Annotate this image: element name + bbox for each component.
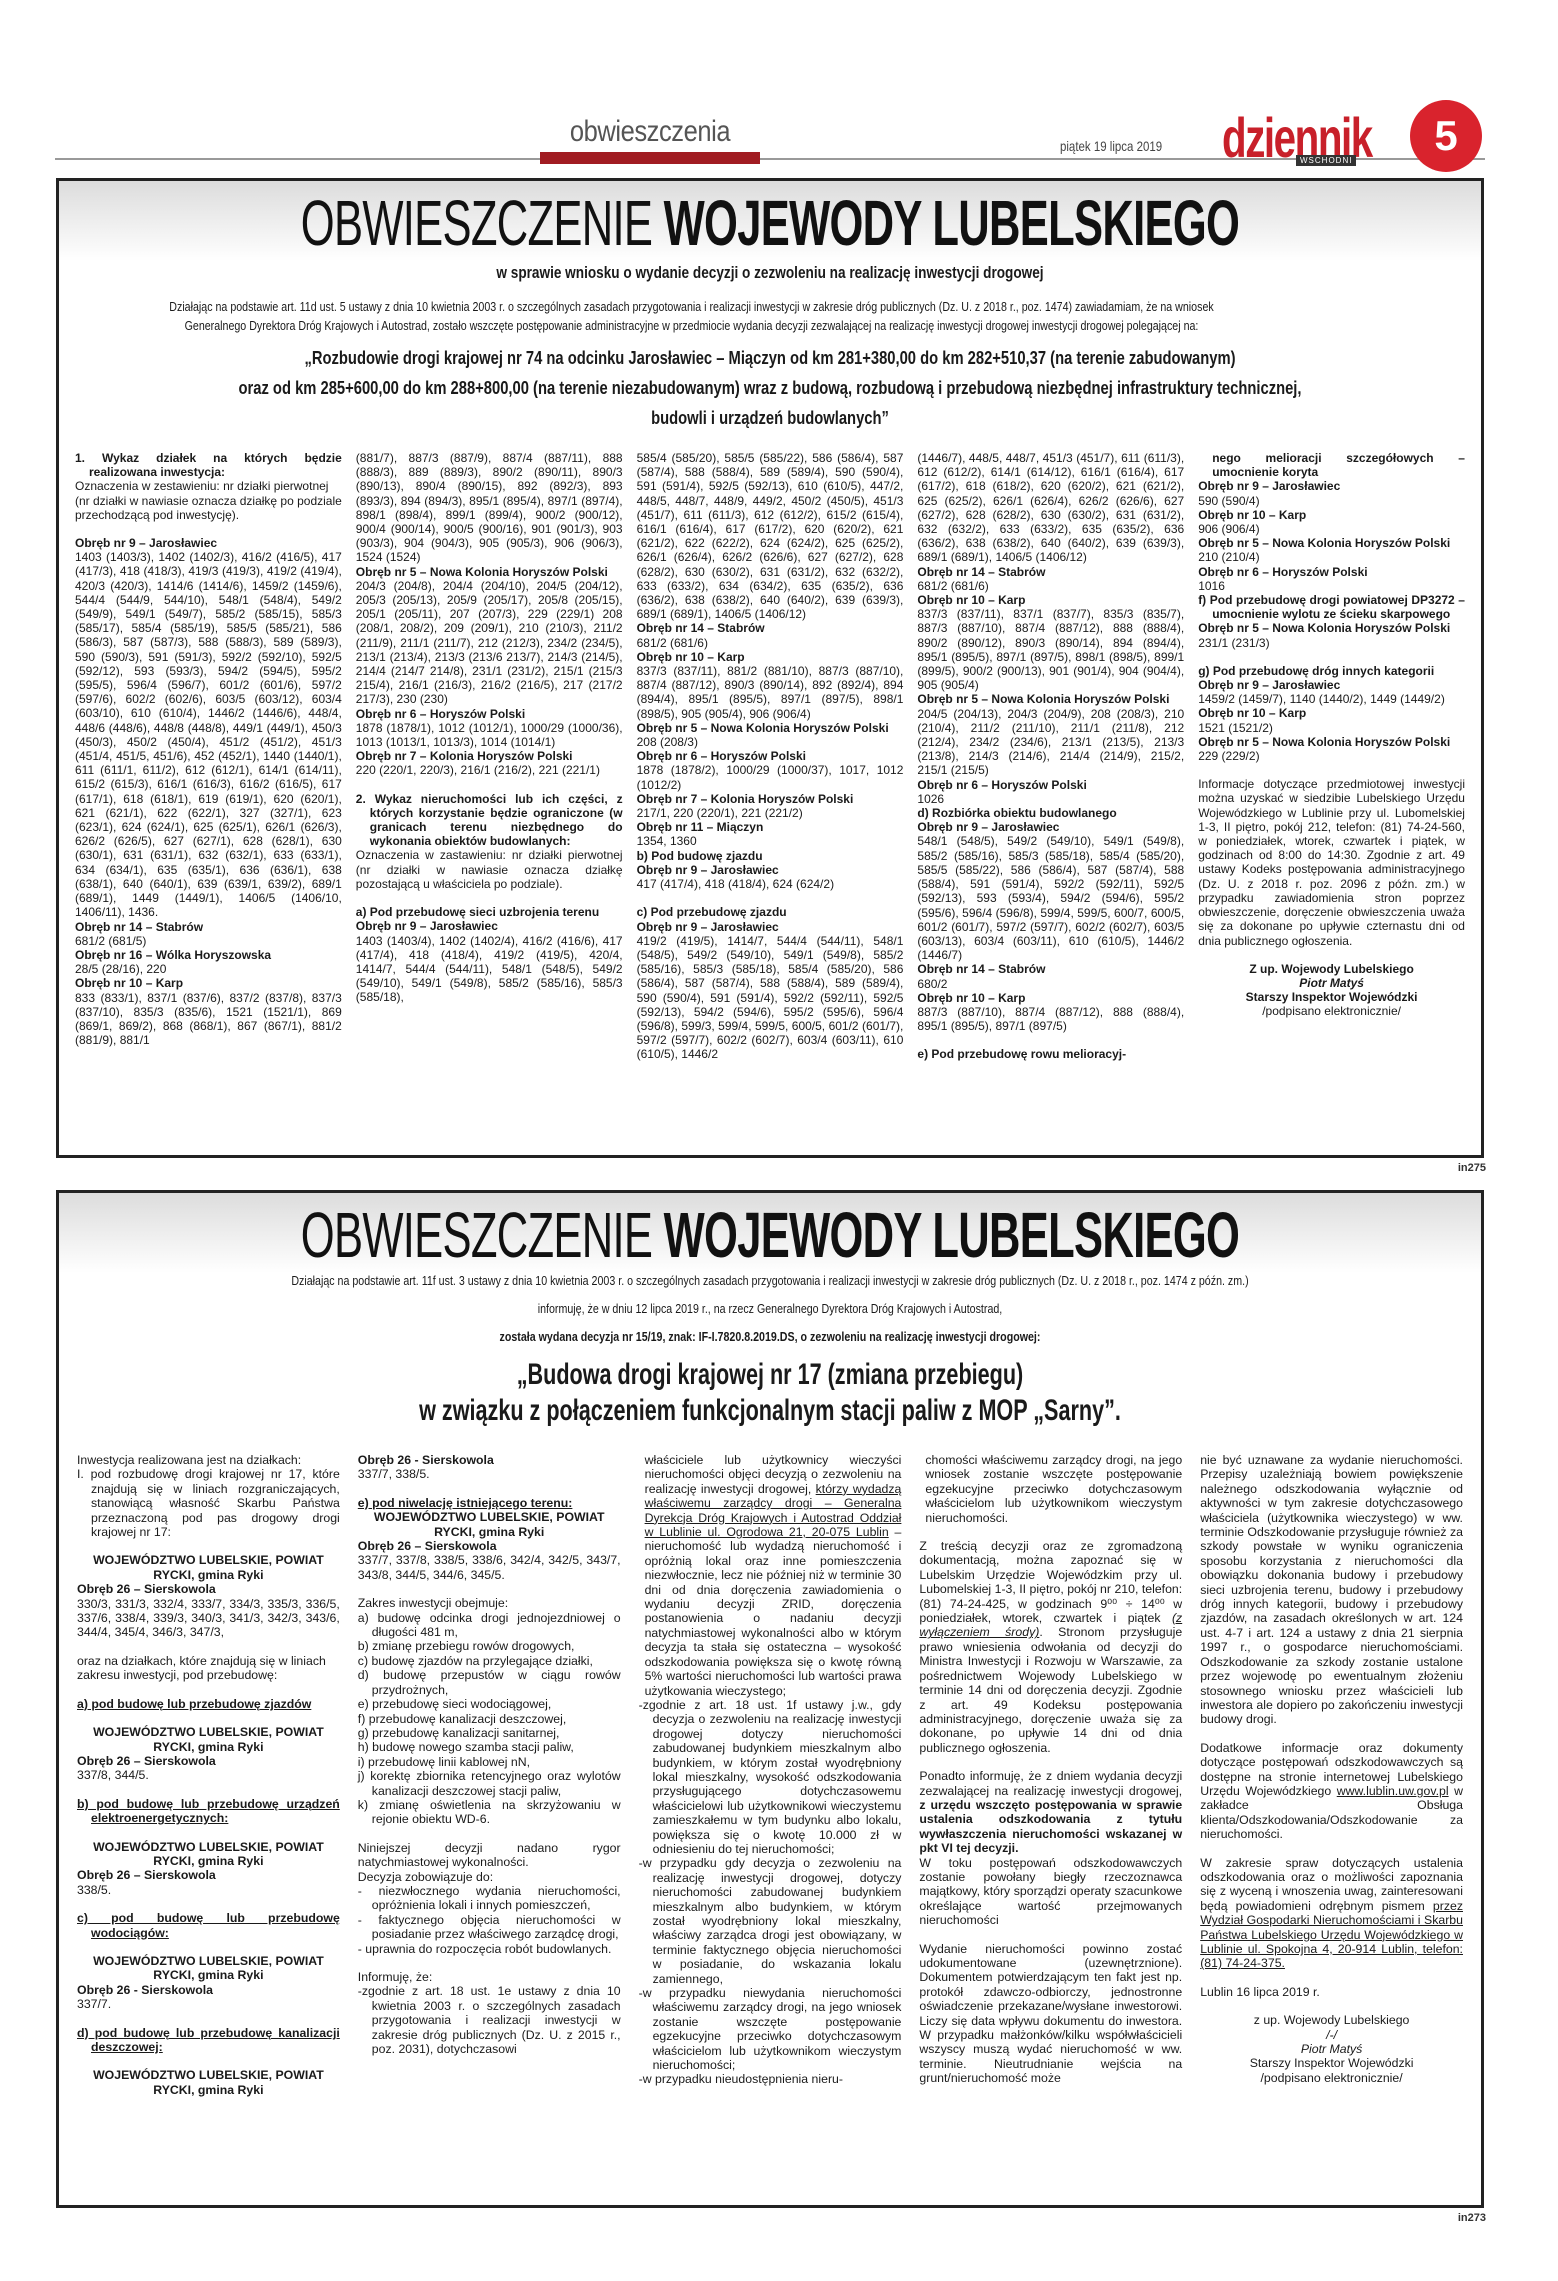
parcel-list: 837/3 (837/11), 881/2 (881/10), 887/3 (8…	[637, 664, 904, 721]
list-item: I. pod rozbudowę drogi krajowej nr 17, k…	[77, 1467, 340, 1539]
paragraph: Z treścią decyzji oraz ze zgromadzoną do…	[919, 1539, 1182, 1755]
subsection-heading: b) Pod budowę zjazdu	[637, 849, 904, 863]
scope-item: j) korektę zbiornika retencyjnego oraz w…	[358, 1769, 621, 1798]
precinct-heading: Obręb 26 – Sierskowola	[358, 1539, 621, 1553]
section-name: obwieszczenia	[557, 115, 744, 149]
scope-item: g) przebudowę kanalizacji sanitarnej,	[358, 1726, 621, 1740]
notice-2-column-1: Inwestycja realizowana jest na działkach…	[77, 1453, 340, 2097]
parcel-list: 1878 (1878/2), 1000/29 (1000/37), 1017, …	[637, 763, 904, 791]
parcel-list: 887/3 (887/10), 887/4 (887/12), 888 (888…	[917, 1005, 1184, 1033]
paragraph: W zakresie spraw dotyczących ustalenia o…	[1200, 1856, 1463, 1971]
notice-1-column-5: nego melioracji szczegółowych – umocnien…	[1198, 451, 1465, 1062]
precinct-heading: Obręb nr 7 – Kolonia Horyszów Polski	[356, 749, 623, 763]
parcel-list: 338/5.	[77, 1883, 340, 1897]
precinct-heading: Obręb nr 9 – Jarosławiec	[637, 863, 904, 877]
precinct-heading: Obręb nr 6 – Horyszów Polski	[637, 749, 904, 763]
notice-2-lead: Działając na podstawie art. 11f ust. 3 u…	[187, 1267, 1353, 1295]
parcel-list: (1446/7), 448/5, 448/7, 451/3 (451/7), 6…	[917, 451, 1184, 565]
intro-text: Inwestycja realizowana jest na działkach…	[77, 1453, 340, 1467]
notice-1-title: OBWIESZCZENIE WOJEWODY LUBELSKIEGO	[301, 191, 1239, 255]
precinct-heading: Obręb nr 9 – Jarosławiec	[917, 820, 1184, 834]
parcel-list: 585/4 (585/20), 585/5 (585/22), 586 (586…	[637, 451, 904, 621]
precinct-heading: Obręb nr 9 – Jarosławiec	[356, 919, 623, 933]
parcel-list: 337/8, 344/5.	[77, 1768, 340, 1782]
paragraph: -w przypadku gdy decyzja o zezwoleniu na…	[639, 1856, 902, 1986]
notice-1-header: OBWIESZCZENIE WOJEWODY LUBELSKIEGO w spr…	[59, 181, 1481, 433]
region-heading: WOJEWÓDZTWO LUBELSKIE, POWIAT RYCKI, gmi…	[77, 2068, 340, 2097]
signatory-name: Piotr Matyś	[1198, 976, 1465, 990]
parcel-list: 1878 (1878/1), 1012 (1012/1), 1000/29 (1…	[356, 721, 623, 749]
signature-line: z up. Wojewody Lubelskiego	[1200, 2013, 1463, 2027]
region-heading: WOJEWÓDZTWO LUBELSKIE, POWIAT RYCKI, gmi…	[77, 1725, 340, 1754]
parcel-list: 229 (229/2)	[1198, 749, 1465, 763]
subsection-heading: e) Pod przebudowę rowu melioracyj-	[917, 1047, 1184, 1061]
scope-item: f) przebudowę kanalizacji deszczowej,	[358, 1712, 621, 1726]
parcel-list: 1403 (1403/4), 1402 (1402/4), 416/2 (416…	[356, 934, 623, 1005]
obligation-item: - uprawnia do rozpoczęcia robót budowlan…	[358, 1942, 621, 1956]
precinct-heading: Obręb 26 - Sierskowola	[358, 1453, 621, 1467]
parcel-list: 548/1 (548/5), 549/2 (549/10), 549/1 (54…	[917, 834, 1184, 962]
parcel-list: 204/3 (204/8), 204/4 (204/10), 204/5 (20…	[356, 579, 623, 707]
paragraph: Niniejszej decyzji nadano rygor natychmi…	[358, 1841, 621, 1870]
parcel-list: 208 (208/3)	[637, 735, 904, 749]
notice-2-title: OBWIESZCZENIE WOJEWODY LUBELSKIEGO	[301, 1203, 1239, 1267]
parcel-list: 204/5 (204/13), 204/3 (204/9), 208 (208/…	[917, 707, 1184, 778]
subsection-heading: f) Pod przebudowę drogi powiatowej DP327…	[1198, 593, 1465, 621]
notice-2-columns: Inwestycja realizowana jest na działkach…	[59, 1429, 1481, 2107]
precinct-heading: Obręb nr 5 – Nowa Kolonia Horyszów Polsk…	[637, 721, 904, 735]
paragraph: -w przypadku nieudostępnienia nieru-	[639, 2072, 902, 2086]
signature-note: /podpisano elektronicznie/	[1200, 2071, 1463, 2085]
scope-item: a) budowę odcinka drogi jednojezdniowej …	[358, 1611, 621, 1640]
parcel-list: 337/7, 337/8, 338/5, 338/6, 342/4, 342/5…	[358, 1553, 621, 1582]
precinct-heading: Obręb nr 14 – Stabrów	[917, 565, 1184, 579]
notice-1-lead: Działając na podstawie art. 11d ust. 5 u…	[124, 297, 1260, 335]
parcel-list: 417 (417/4), 418 (418/4), 624 (624/2)	[637, 877, 904, 891]
scope-item: e) przebudowę sieci wodociągowej,	[358, 1697, 621, 1711]
scope-item: i) przebudowę linii kablowej nN,	[358, 1755, 621, 1769]
paragraph: Decyzja zobowiązuje do:	[358, 1870, 621, 1884]
notice-1-column-1: 1. Wykaz działek na których będzie reali…	[75, 451, 342, 1062]
subsection-heading: c) Pod przebudowę zjazdu	[637, 905, 904, 919]
paragraph: Dodatkowe informacje oraz dokumenty doty…	[1200, 1741, 1463, 1842]
paragraph: W toku postępowań odszkodowawczych zosta…	[919, 1856, 1182, 1928]
precinct-heading: Obręb nr 10 – Karp	[917, 991, 1184, 1005]
parcel-list: 1521 (1521/2)	[1198, 721, 1465, 735]
parcel-list: 681/2 (681/5)	[75, 934, 342, 948]
section-heading: 2. Wykaz nieruchomości lub ich części, z…	[356, 792, 623, 849]
paragraph: nie być uznawane za wydanie nieruchomośc…	[1200, 1453, 1463, 1727]
precinct-heading: Obręb nr 5 – Nowa Kolonia Horyszów Polsk…	[356, 565, 623, 579]
notice-1-column-2: (881/7), 887/3 (887/9), 887/4 (887/11), …	[356, 451, 623, 1062]
parcel-list: 231/1 (231/3)	[1198, 636, 1465, 650]
precinct-heading: Obręb nr 9 – Jarosławiec	[75, 536, 342, 550]
parcel-list: 590 (590/4)	[1198, 494, 1465, 508]
notice-2-column-4: chomości właściwemu zarządcy drogi, na j…	[919, 1453, 1182, 2097]
precinct-heading: Obręb nr 14 – Stabrów	[917, 962, 1184, 976]
notice-2-column-3: właściciele lub użytkownicy wieczyści ni…	[639, 1453, 902, 2097]
subsection-heading: b) pod budowę lub przebudowę urządzeń el…	[77, 1797, 340, 1826]
precinct-heading: Obręb nr 16 – Wólka Horyszowska	[75, 948, 342, 962]
region-heading: WOJEWÓDZTWO LUBELSKIE, POWIAT RYCKI, gmi…	[77, 1553, 340, 1582]
notice-2-lead: informuję, że w dniu 12 lipca 2019 r., n…	[187, 1295, 1353, 1323]
signature-mark: /-/	[1200, 2028, 1463, 2042]
scope-item: k) zmianę oświetlenia na skrzyżowaniu w …	[358, 1798, 621, 1827]
paragraph: -zgodnie z art. 18 ust. 1f ustawy j.w., …	[639, 1698, 902, 1856]
notice-1-columns: 1. Wykaz działek na których będzie reali…	[59, 433, 1481, 1072]
signatory-title: Starszy Inspektor Wojewódzki	[1198, 990, 1465, 1004]
info-paragraph: Informacje dotyczące przedmiotowej inwes…	[1198, 777, 1465, 947]
parcel-list: 681/2 (681/6)	[637, 636, 904, 650]
precinct-heading: Obręb nr 6 – Horyszów Polski	[1198, 565, 1465, 579]
subsection-heading: a) Pod przebudowę sieci uzbrojenia teren…	[356, 905, 623, 919]
parcel-list: 680/2	[917, 977, 1184, 991]
precinct-heading: Obręb nr 10 – Karp	[75, 976, 342, 990]
signature-note: /podpisano elektronicznie/	[1198, 1004, 1465, 1018]
notice-1-column-3: 585/4 (585/20), 585/5 (585/22), 586 (586…	[637, 451, 904, 1062]
precinct-heading: Obręb nr 5 – Nowa Kolonia Horyszów Polsk…	[1198, 621, 1465, 635]
subsection-heading: a) pod budowę lub przebudowę zjazdów	[77, 1697, 340, 1711]
precinct-heading: Obręb nr 5 – Nowa Kolonia Horyszów Polsk…	[1198, 735, 1465, 749]
parcel-list: 330/3, 331/3, 332/4, 333/7, 334/3, 335/3…	[77, 1597, 340, 1640]
paragraph: -zgodnie z art. 18 ust. 1e ustawy z dnia…	[358, 1984, 621, 2056]
precinct-heading: Obręb nr 5 – Nowa Kolonia Horyszów Polsk…	[1198, 536, 1465, 550]
parcel-list: 217/1, 220 (220/1), 221 (221/2)	[637, 806, 904, 820]
parcel-list: 1403 (1403/3), 1402 (1402/3), 416/2 (416…	[75, 550, 342, 919]
parcel-list: 419/2 (419/5), 1414/7, 544/4 (544/11), 5…	[637, 934, 904, 1062]
notice-1-column-4: (1446/7), 448/5, 448/7, 451/3 (451/7), 6…	[917, 451, 1184, 1062]
notice-1: OBWIESZCZENIE WOJEWODY LUBELSKIEGO w spr…	[56, 178, 1484, 1158]
section-bar	[540, 152, 760, 164]
scope-item: c) budowę zjazdów na przylegające działk…	[358, 1654, 621, 1668]
precinct-heading: Obręb nr 7 – Kolonia Horyszów Polski	[637, 792, 904, 806]
signature-line: Z up. Wojewody Lubelskiego	[1198, 962, 1465, 976]
section-note: Oznaczenia w zestawieniu: nr działki pie…	[75, 479, 342, 522]
notice-1-project-title: „Rozbudowie drogi krajowej nr 74 na odci…	[187, 343, 1353, 433]
parcel-list: 337/7, 338/5.	[358, 1467, 621, 1481]
signatory-name: Piotr Matyś	[1200, 2042, 1463, 2056]
precinct-heading: Obręb nr 6 – Horyszów Polski	[917, 778, 1184, 792]
precinct-heading: Obręb nr 10 – Karp	[637, 650, 904, 664]
scope-heading: Zakres inwestycji obejmuje:	[358, 1596, 621, 1610]
paragraph: -w przypadku niewydania nieruchomości wł…	[639, 1986, 902, 2072]
precinct-heading: Obręb nr 14 – Stabrów	[75, 920, 342, 934]
parcel-list: 681/2 (681/6)	[917, 579, 1184, 593]
subsection-heading: d) pod budowę lub przebudowę kanalizacji…	[77, 2026, 340, 2055]
subsection-heading: e) pod niwelację istniejącego terenu:	[358, 1496, 621, 1510]
paragraph: Informuję, że:	[358, 1970, 621, 1984]
ad-code-tag: in275	[1458, 1162, 1486, 1174]
subsection-heading: g) Pod przebudowę dróg innych kategorii	[1198, 664, 1465, 678]
parcel-list: (881/7), 887/3 (887/9), 887/4 (887/11), …	[356, 451, 623, 565]
precinct-heading: Obręb nr 14 – Stabrów	[637, 621, 904, 635]
precinct-heading: Obręb nr 6 – Horyszów Polski	[356, 707, 623, 721]
precinct-heading: Obręb nr 9 – Jarosławiec	[1198, 678, 1465, 692]
region-heading: WOJEWÓDZTWO LUBELSKIE, POWIAT RYCKI, gmi…	[77, 1840, 340, 1869]
parcel-list: 833 (833/1), 837/1 (837/6), 837/2 (837/8…	[75, 991, 342, 1048]
notice-2-decision-line: została wydana decyzja nr 15/19, znak: I…	[187, 1323, 1353, 1351]
notice-1-subtitle: w sprawie wniosku o wydanie decyzji o ze…	[201, 263, 1339, 283]
region-heading: WOJEWÓDZTWO LUBELSKIE, POWIAT RYCKI, gmi…	[77, 1954, 340, 1983]
parcel-list: 1459/2 (1459/7), 1140 (1440/2), 1449 (14…	[1198, 692, 1465, 706]
paragraph: Ponadto informuję, że z dniem wydania de…	[919, 1769, 1182, 1855]
precinct-heading: Obręb nr 10 – Karp	[917, 593, 1184, 607]
precinct-heading: Obręb 26 – Sierskowola	[77, 1582, 340, 1596]
notice-2: OBWIESZCZENIE WOJEWODY LUBELSKIEGO Dział…	[56, 1190, 1484, 2208]
signing-date: Lublin 16 lipca 2019 r.	[1200, 1985, 1463, 1999]
notice-2-column-2: Obręb 26 - Sierskowola 337/7, 338/5. e) …	[358, 1453, 621, 2097]
precinct-heading: Obręb nr 10 – Karp	[1198, 508, 1465, 522]
paragraph: Wydanie nieruchomości powinno zostać udo…	[919, 1942, 1182, 2086]
subsection-heading: d) Rozbiórka obiektu budowlanego	[917, 806, 1184, 820]
precinct-heading: Obręb nr 11 – Miączyn	[637, 820, 904, 834]
scope-item: b) zmianę przebiegu rowów drogowych,	[358, 1639, 621, 1653]
parcel-list: 210 (210/4)	[1198, 550, 1465, 564]
subsection-heading: c) pod budowę lub przebudowę wodociągów:	[77, 1911, 340, 1940]
parcel-list: 1354, 1360	[637, 834, 904, 848]
region-heading: WOJEWÓDZTWO LUBELSKIE, POWIAT RYCKI, gmi…	[358, 1510, 621, 1539]
notice-2-header: OBWIESZCZENIE WOJEWODY LUBELSKIEGO Dział…	[59, 1193, 1481, 1429]
intro-text: oraz na działkach, które znajdują się w …	[77, 1654, 340, 1683]
scope-item: d) budowę przepustów w ciągu rowów przyd…	[358, 1668, 621, 1697]
precinct-heading: Obręb 26 – Sierskowola	[77, 1754, 340, 1768]
newspaper-logo-subtext: WSCHODNI	[1296, 155, 1356, 166]
paragraph: właściciele lub użytkownicy wieczyści ni…	[639, 1453, 902, 1698]
scope-item: h) budowę nowego szamba stacji paliw,	[358, 1740, 621, 1754]
parcel-list: 28/5 (28/16), 220	[75, 962, 342, 976]
subsection-heading: nego melioracji szczegółowych – umocnien…	[1198, 451, 1465, 479]
ad-code-tag: in273	[1458, 2212, 1486, 2224]
section-note: Oznaczenia w zastawieniu: nr działki pie…	[356, 848, 623, 891]
parcel-list: 1026	[917, 792, 1184, 806]
obligation-item: - niezwłocznego wydania nieruchomości, o…	[358, 1884, 621, 1913]
precinct-heading: Obręb nr 5 – Nowa Kolonia Horyszów Polsk…	[917, 692, 1184, 706]
website-link[interactable]: www.lublin.uw.gov.pl	[1337, 1784, 1449, 1798]
parcel-list: 1016	[1198, 579, 1465, 593]
precinct-heading: Obręb nr 9 – Jarosławiec	[1198, 479, 1465, 493]
parcel-list: 837/3 (837/11), 837/1 (837/7), 835/3 (83…	[917, 607, 1184, 692]
notice-2-column-5: nie być uznawane za wydanie nieruchomośc…	[1200, 1453, 1463, 2097]
precinct-heading: Obręb 26 - Sierskowola	[77, 1983, 340, 1997]
page-number-badge: 5	[1410, 100, 1482, 172]
precinct-heading: Obręb nr 9 – Jarosławiec	[637, 920, 904, 934]
publication-date: piątek 19 lipca 2019	[1060, 138, 1162, 154]
parcel-list: 220 (220/1, 220/3), 216/1 (216/2), 221 (…	[356, 763, 623, 777]
precinct-heading: Obręb 26 – Sierskowola	[77, 1868, 340, 1882]
paragraph: chomości właściwemu zarządcy drogi, na j…	[919, 1453, 1182, 1525]
parcel-list: 906 (906/4)	[1198, 522, 1465, 536]
section-heading: 1. Wykaz działek na których będzie reali…	[75, 451, 342, 479]
precinct-heading: Obręb nr 10 – Karp	[1198, 706, 1465, 720]
masthead: obwieszczenia piątek 19 lipca 2019 dzien…	[0, 0, 1558, 175]
notice-2-project-title: „Budowa drogi krajowej nr 17 (zmiana prz…	[258, 1357, 1282, 1429]
signatory-title: Starszy Inspektor Wojewódzki	[1200, 2056, 1463, 2070]
parcel-list: 337/7.	[77, 1997, 340, 2011]
obligation-item: - faktycznego objęcia nieruchomości w po…	[358, 1913, 621, 1942]
